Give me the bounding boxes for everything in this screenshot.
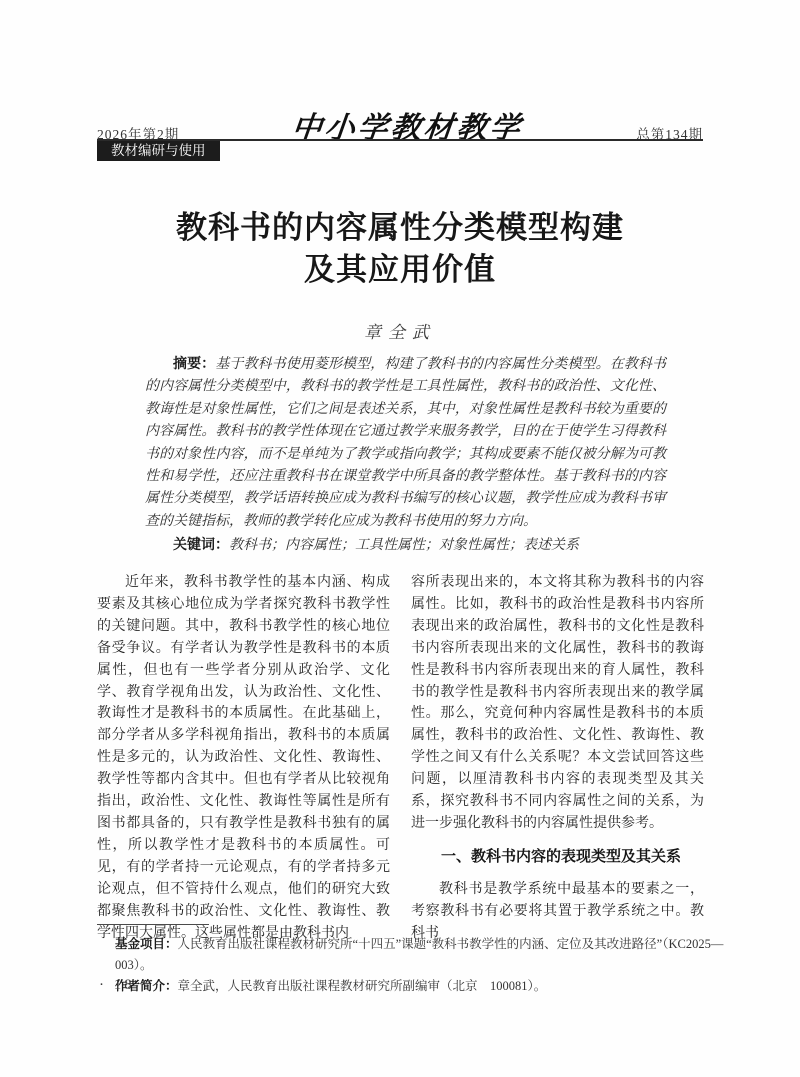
keywords-text: 教科书；内容属性；工具性属性；对象性属性；表述关系 <box>229 538 579 553</box>
fund-text: 人民教育出版社课程教材研究所“十四五”课题“教科书教学性的内涵、定位及其改进路径… <box>115 937 723 972</box>
section-column-label: 教材编研与使用 <box>97 141 220 161</box>
header-rule: 教材编研与使用 <box>97 139 703 161</box>
footnote-block: 基金项目：人民教育出版社课程教材研究所“十四五”课题“教科书教学性的内涵、定位及… <box>97 924 729 997</box>
journal-page: 2026年第2期 中小学教材教学 总第134期 教材编研与使用 教科书的内容属性… <box>0 0 800 1077</box>
abstract-block: 摘要：基于教科书使用菱形模型，构建了教科书的内容属性分类模型。在教科书的内容属性… <box>145 352 666 558</box>
author-bio-text: 章全武，人民教育出版社课程教材研究所副编审（北京 100081）。 <box>178 979 547 993</box>
left-column: 近年来，教科书教学性的基本内涵、构成要素及其核心地位成为学者探究教科书教学性的关… <box>97 572 390 945</box>
abstract-text: 基于教科书使用菱形模型，构建了教科书的内容属性分类模型。在教科书的内容属性分类模… <box>145 357 666 529</box>
abstract-paragraph: 摘要：基于教科书使用菱形模型，构建了教科书的内容属性分类模型。在教科书的内容属性… <box>145 352 666 533</box>
footnote-separator <box>97 924 209 925</box>
keywords-label: 关键词： <box>173 536 229 552</box>
article-author: 章全武 <box>0 318 800 343</box>
page-number: · 18 · <box>99 977 150 994</box>
body-paragraph-left: 近年来，教科书教学性的基本内涵、构成要素及其核心地位成为学者探究教科书教学性的关… <box>97 572 390 944</box>
body-paragraph-continued: 容所表现出来的，本文将其称为教科书的内容属性。比如，教科书的政治性是教科书内容所… <box>411 572 704 835</box>
fund-note: 基金项目：人民教育出版社课程教材研究所“十四五”课题“教科书教学性的内涵、定位及… <box>97 934 729 976</box>
keywords-paragraph: 关键词：教科书；内容属性；工具性属性；对象性属性；表述关系 <box>145 533 666 557</box>
right-column: 容所表现出来的，本文将其称为教科书的内容属性。比如，教科书的政治性是教科书内容所… <box>411 572 704 945</box>
article-title: 教科书的内容属性分类模型构建 及其应用价值 <box>0 207 800 291</box>
abstract-label: 摘要： <box>173 355 215 371</box>
body-columns: 近年来，教科书教学性的基本内涵、构成要素及其核心地位成为学者探究教科书教学性的关… <box>97 572 704 945</box>
author-note: 作者简介：章全武，人民教育出版社课程教材研究所副编审（北京 100081）。 <box>97 976 729 997</box>
article-title-line1: 教科书的内容属性分类模型构建 <box>0 207 800 249</box>
article-title-line2: 及其应用价值 <box>0 249 800 291</box>
section-heading-1: 一、教科书内容的表现类型及其关系 <box>411 846 704 868</box>
fund-label: 基金项目： <box>115 937 178 951</box>
